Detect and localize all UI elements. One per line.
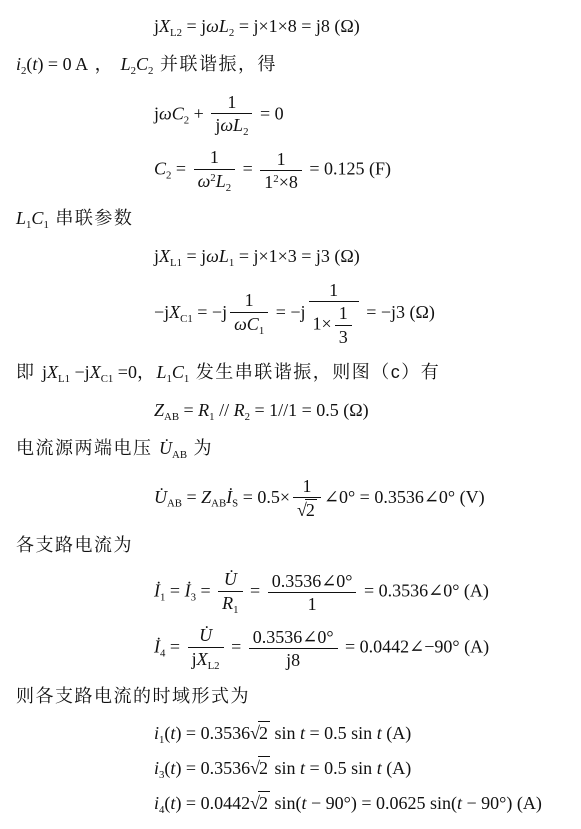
sqrt-argument: 2 [258, 791, 270, 815]
math-italic: ω [234, 314, 247, 334]
math-italic: Z [154, 400, 164, 420]
math-roman: 1 [264, 172, 273, 192]
fraction-denominator: 1×13 [309, 302, 359, 347]
math-italic: L [219, 246, 229, 266]
math-roman: 2 [259, 723, 268, 743]
document-page: jXL2 = jωL2 = j×1×8 = j8 (Ω)i2(t) = 0 A … [0, 0, 581, 817]
math-italic: R [234, 400, 245, 420]
sqrt-argument: 2 [305, 499, 317, 521]
math-roman: = −j [193, 302, 227, 322]
math-fraction: 1√2 [293, 476, 321, 521]
math-subscript: 2 [226, 182, 231, 194]
math-italic: X [90, 362, 101, 382]
math-roman: 0.3536∠0° [272, 571, 353, 591]
eq-I4: İ4 = U̇jXL2 = 0.3536∠0°j8 = 0.0442∠−90°… [154, 625, 577, 672]
math-italic: L [216, 171, 226, 191]
fraction-denominator: 1 [268, 593, 357, 615]
math-subscript: C1 [180, 313, 193, 325]
math-subscript: 1 [259, 325, 264, 337]
fraction-denominator: jXL2 [188, 648, 224, 672]
chinese-text: 即 [16, 362, 42, 382]
math-subscript: AB [167, 497, 182, 509]
line-source-voltage: 电流源两端电压 U̇AB 为 [16, 437, 577, 462]
math-roman: 1 [210, 147, 219, 167]
math-sqrt: √2 [250, 758, 270, 778]
math-roman: 3 [339, 327, 348, 347]
math-roman: −j [154, 302, 169, 322]
math-roman: 1× [313, 314, 332, 334]
math-fraction: 0.3536∠0°1 [268, 571, 357, 615]
math-italic: U̇ [224, 569, 237, 589]
fraction-numerator: 0.3536∠0° [268, 571, 357, 594]
eq-C2-value: C2 = 1ω2L2 = 112×8 = 0.125 (F) [154, 147, 577, 194]
math-italic: X [159, 246, 170, 266]
math-roman: = 0.125 (F) [305, 159, 391, 179]
fraction-numerator: 1 [309, 280, 359, 303]
fraction-denominator: j8 [249, 649, 338, 671]
math-fraction: 11×13 [309, 280, 359, 348]
math-roman: ×8 [279, 172, 298, 192]
math-roman: −j [70, 362, 90, 382]
fraction-numerator: 1 [335, 303, 352, 326]
math-roman: = [171, 159, 190, 179]
eq-i3t: i3(t) = 0.3536√2 sin t = 0.5 sin t (A) [154, 756, 577, 782]
line-series-resonance: 即 jXL1 −jXC1 =0，L1C1 发生串联谐振，则图（c）有 [16, 361, 577, 386]
math-italic: ω [206, 16, 219, 36]
math-italic: R [198, 400, 209, 420]
math-roman: 1 [277, 149, 286, 169]
math-subscript: L1 [58, 373, 70, 385]
math-roman: // [215, 400, 234, 420]
math-italic: C [136, 54, 148, 74]
math-fraction: 0.3536∠0°j8 [249, 627, 338, 671]
line-i2-parallel-resonance: i2(t) = 0 A ， L2C2 并联谐振，得 [16, 53, 577, 78]
math-roman: = [179, 400, 198, 420]
math-italic: L [219, 16, 229, 36]
math-roman: j8 [286, 650, 300, 670]
math-roman: = j [182, 246, 206, 266]
math-subscript: 2 [243, 126, 248, 138]
math-subscript: 1 [233, 604, 238, 616]
math-roman: = [238, 159, 257, 179]
eq-ZAB: ZAB = R1 // R2 = 1//1 = 0.5 (Ω) [154, 399, 577, 424]
math-roman: (A) [382, 723, 412, 743]
math-roman: = j×1×3 = j3 (Ω) [234, 246, 359, 266]
fraction-denominator: ω2L2 [194, 170, 236, 194]
math-italic: L [156, 362, 166, 382]
sqrt-argument: 2 [258, 721, 270, 745]
math-roman: = 0.5 sin [305, 758, 377, 778]
math-fraction: 112×8 [260, 149, 302, 193]
math-italic: X [47, 362, 58, 382]
chinese-text: 则各支路电流的时域形式为 [16, 686, 250, 706]
line-time-domain: 则各支路电流的时域形式为 [16, 685, 577, 708]
chinese-text: 串联参数 [49, 208, 134, 228]
math-italic: X [159, 16, 170, 36]
fraction-denominator: 12×8 [260, 171, 302, 193]
math-roman: = 1//1 = 0.5 (Ω) [250, 400, 369, 420]
chinese-text: 为 [187, 438, 213, 458]
math-roman: = [182, 486, 201, 506]
math-roman: 2 [259, 758, 268, 778]
math-italic: C [247, 314, 259, 334]
chinese-text: 各支路电流为 [16, 535, 133, 555]
eq-jXL2: jXL2 = jωL2 = j×1×8 = j8 (Ω) [154, 15, 577, 40]
chinese-text: ， [88, 54, 121, 74]
math-italic: ω [220, 115, 233, 135]
math-roman: (A) [382, 758, 412, 778]
math-roman: = 0.3536∠0° (A) [359, 581, 488, 601]
chinese-text: 并联谐振，得 [153, 54, 277, 74]
math-italic: L [16, 208, 26, 228]
math-roman: =0 [113, 362, 137, 382]
math-roman: 2 [306, 500, 315, 520]
math-roman: = [246, 581, 265, 601]
math-subscript: AB [172, 449, 187, 461]
line-branch-currents: 各支路电流为 [16, 534, 577, 557]
chinese-text: 发生串联谐振，则图（c）有 [189, 362, 440, 382]
math-subscript: AB [211, 497, 226, 509]
math-italic: C [31, 208, 43, 228]
math-roman: 1 [302, 476, 311, 496]
fraction-numerator: 1 [230, 290, 268, 313]
math-roman: 1 [245, 290, 254, 310]
math-roman: = [227, 637, 246, 657]
math-subscript: C1 [101, 373, 114, 385]
math-roman: − 90°) = 0.0625 sin( [307, 793, 458, 813]
eq-i1t: i1(t) = 0.3536√2 sin t = 0.5 sin t (A) [154, 721, 577, 747]
math-italic: L [121, 54, 131, 74]
chinese-text: ， [137, 362, 157, 382]
fraction-numerator: 1 [211, 92, 252, 115]
math-sqrt: √2 [250, 793, 270, 813]
math-italic: Z [201, 486, 211, 506]
math-roman: ) = 0 A [37, 54, 88, 74]
math-subscript: L1 [170, 257, 182, 269]
eq-jXC1: −jXC1 = −j1ωC1 = −j11×13 = −j3 (Ω) [154, 280, 577, 348]
math-roman: = [196, 581, 215, 601]
math-roman: sin [270, 723, 300, 743]
math-subscript: L2 [170, 27, 182, 39]
math-roman: = 0.5 sin [305, 723, 377, 743]
fraction-numerator: U̇ [218, 569, 242, 592]
math-roman: − 90°) (A) [462, 793, 542, 813]
math-roman: ) = 0.3536 [175, 723, 250, 743]
math-italic: ω [198, 171, 211, 191]
math-italic: U̇ [199, 625, 212, 645]
math-fraction: U̇jXL2 [188, 625, 224, 672]
math-roman: 0.3536∠0° [253, 627, 334, 647]
math-roman: = [165, 581, 184, 601]
math-roman: 2 [259, 793, 268, 813]
math-italic: C [172, 103, 184, 123]
math-roman: ) = 0.0442 [175, 793, 250, 813]
fraction-denominator: √2 [293, 498, 321, 521]
math-roman: = 0 [255, 103, 283, 123]
math-roman: ∠0° = 0.3536∠0° (V) [324, 486, 485, 506]
fraction-numerator: U̇ [188, 625, 224, 648]
fraction-denominator: ωC1 [230, 313, 268, 337]
math-roman: = −j3 (Ω) [362, 302, 435, 322]
fraction-denominator: R1 [218, 592, 242, 616]
math-fraction: 1ωC1 [230, 290, 268, 337]
math-roman: 1 [227, 92, 236, 112]
math-italic: ω [206, 246, 219, 266]
math-italic: U̇ [159, 438, 172, 458]
eq-jXL1: jXL1 = jωL1 = j×1×3 = j3 (Ω) [154, 245, 577, 270]
math-roman: + [189, 103, 208, 123]
math-italic: ω [159, 103, 172, 123]
math-italic: L [233, 115, 243, 135]
math-fraction: U̇R1 [218, 569, 242, 616]
math-fraction: 1jωL2 [211, 92, 252, 139]
math-italic: C [172, 362, 184, 382]
math-roman: = j×1×8 = j8 (Ω) [234, 16, 359, 36]
math-fraction: 1ω2L2 [194, 147, 236, 194]
math-roman: 1 [329, 280, 338, 300]
math-sqrt: √2 [297, 500, 317, 520]
math-sqrt: √2 [250, 723, 270, 743]
fraction-numerator: 0.3536∠0° [249, 627, 338, 650]
fraction-numerator: 1 [194, 147, 236, 170]
fraction-denominator: 3 [335, 326, 352, 348]
math-italic: U̇ [154, 486, 167, 506]
fraction-denominator: jωL2 [211, 114, 252, 138]
eq-parallel-resonance-condition: jωC2 + 1jωL2 = 0 [154, 92, 577, 139]
math-italic: C [154, 159, 166, 179]
eq-I1-I3: İ1 = İ3 = U̇R1 = 0.3536∠0°1 = 0.3536∠0… [154, 569, 577, 616]
math-subscript: L2 [208, 660, 220, 672]
fraction-numerator: 1 [260, 149, 302, 172]
math-roman: 1 [308, 594, 317, 614]
sqrt-argument: 2 [258, 756, 270, 780]
math-fraction: 13 [335, 303, 352, 347]
math-roman: 1 [339, 303, 348, 323]
line-L1C1-series-params: L1C1 串联参数 [16, 207, 577, 232]
math-roman: = −j [271, 302, 305, 322]
math-subscript: AB [164, 411, 179, 423]
math-roman: sin( [270, 793, 302, 813]
math-roman: sin [270, 758, 300, 778]
math-italic: X [169, 302, 180, 322]
math-roman: = 0.5× [238, 486, 290, 506]
math-italic: R [222, 593, 233, 613]
chinese-text: 电流源两端电压 [16, 438, 159, 458]
math-roman: = 0.0442∠−90° (A) [341, 637, 490, 657]
fraction-numerator: 1 [293, 476, 321, 499]
eq-UAB: U̇AB = ZABİS = 0.5×1√2∠0° = 0.3536∠0° (… [154, 476, 577, 521]
math-roman: = [165, 637, 184, 657]
math-roman: ) = 0.3536 [175, 758, 250, 778]
math-roman: = j [182, 16, 206, 36]
eq-i4t: i4(t) = 0.0442√2 sin(t − 90°) = 0.0625 s… [154, 791, 577, 817]
math-italic: X [197, 649, 208, 669]
